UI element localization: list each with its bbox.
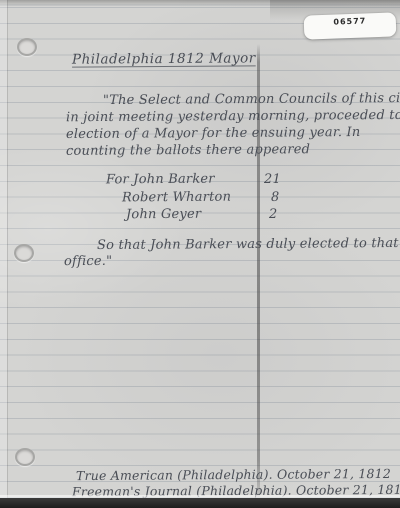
conclusion-line-1: So that John Barker was duly elected to … bbox=[97, 236, 399, 253]
catalog-number-sticker: 06577 bbox=[304, 12, 397, 39]
tally-vote-count: 8 bbox=[271, 190, 280, 205]
catalog-number: 06577 bbox=[333, 16, 366, 26]
body-line-4: counting the ballots there appeared bbox=[66, 142, 310, 159]
citation-line-1: True American (Philadelphia). October 21… bbox=[76, 466, 391, 483]
scanner-bed-bottom-band bbox=[0, 498, 400, 508]
conclusion-line-2: office." bbox=[64, 254, 112, 269]
page-title: Philadelphia 1812 Mayor bbox=[72, 50, 256, 67]
punch-hole-middle bbox=[14, 244, 34, 262]
scanned-document-page: 06577 Philadelphia 1812 Mayor "The Selec… bbox=[0, 0, 400, 508]
tally-vote-count: 2 bbox=[269, 207, 278, 222]
body-line-1: "The Select and Common Councils of this … bbox=[103, 91, 400, 108]
punch-hole-bottom bbox=[15, 448, 35, 466]
paper-left-edge-line bbox=[7, 0, 8, 508]
body-line-3: election of a Mayor for the ensuing year… bbox=[66, 125, 361, 142]
body-line-2: in joint meeting yesterday morning, proc… bbox=[66, 108, 400, 126]
punch-hole-top bbox=[17, 38, 37, 56]
tally-candidate-name: For John Barker bbox=[106, 172, 215, 188]
tally-candidate-name: Robert Wharton bbox=[122, 190, 231, 206]
tally-vote-count: 21 bbox=[264, 172, 281, 187]
tally-candidate-name: John Geyer bbox=[126, 207, 201, 223]
ruled-paper-background bbox=[0, 0, 400, 508]
paper-left-edge bbox=[0, 0, 7, 508]
